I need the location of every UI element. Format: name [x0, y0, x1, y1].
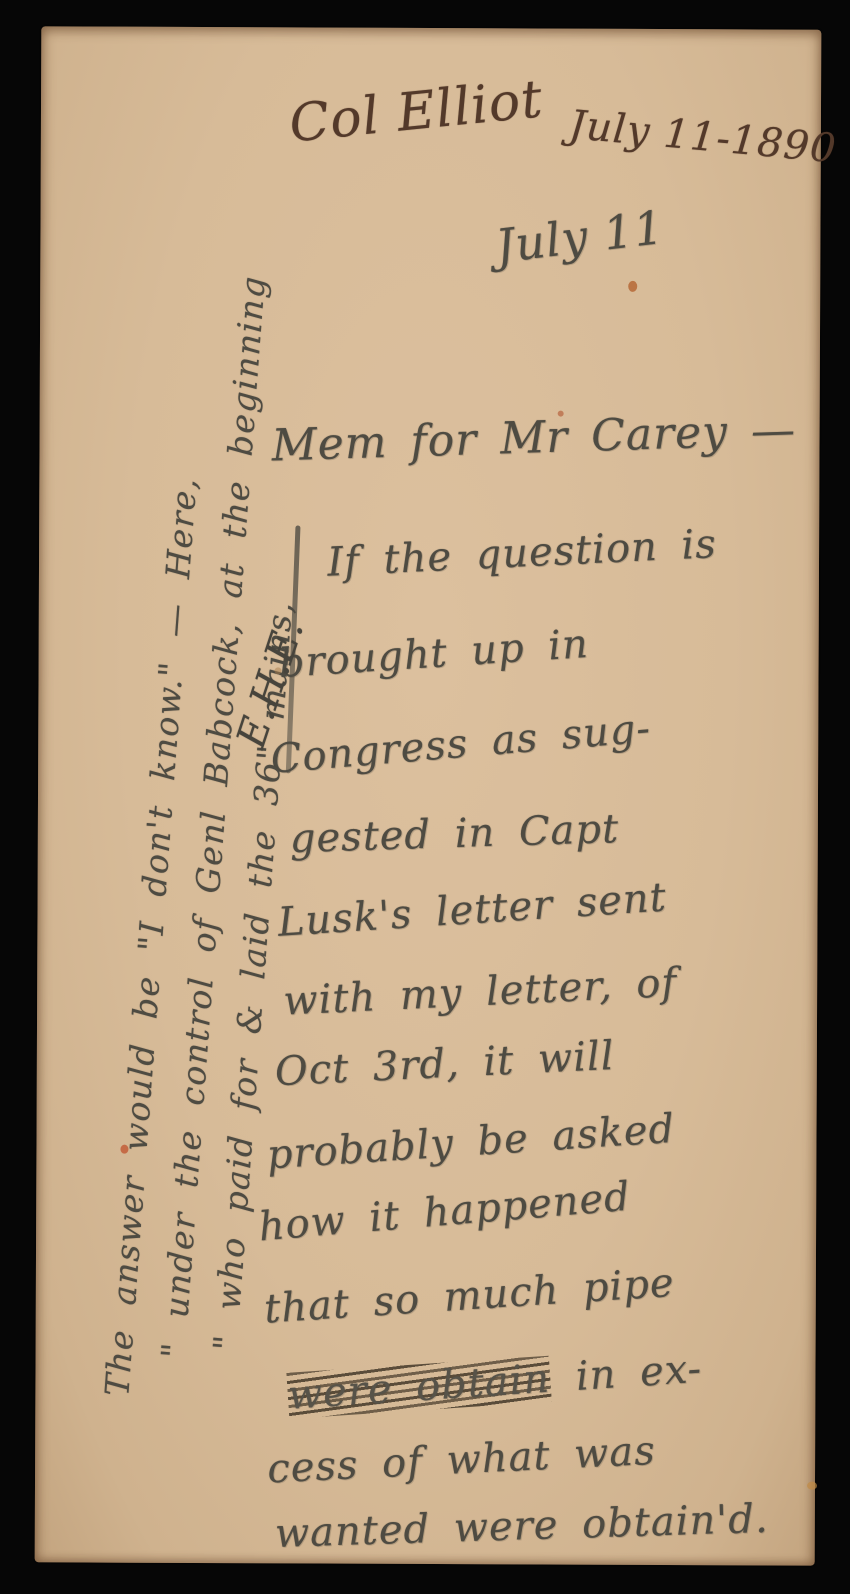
body-line: in ex-: [574, 1346, 703, 1400]
body-line: brought up in: [278, 624, 590, 684]
rust-stain: [807, 1482, 817, 1490]
rust-stain: [558, 411, 564, 417]
body-line: probably be asked: [266, 1109, 677, 1176]
body-line: wanted were obtain'd.: [274, 1499, 769, 1554]
rust-stain: [628, 281, 637, 292]
body-line: Congress as sug-: [269, 708, 652, 779]
body-line: that so much pipe: [263, 1263, 676, 1330]
letter-paper: Col Elliot July 11-1890 July 11 Mem for …: [35, 26, 822, 1565]
body-line: how it happened: [257, 1177, 632, 1248]
salutation-line: Mem for Mr Carey —: [271, 408, 797, 468]
body-line: cess of what was: [266, 1431, 656, 1490]
date-ink: July 11-1890: [568, 105, 839, 169]
rust-stain: [275, 667, 282, 674]
body-line: Lusk's letter sent: [277, 878, 668, 943]
struck-out-words: were obtain: [286, 1356, 551, 1419]
body-line: gested in Capt: [289, 809, 619, 859]
rust-stain: [120, 1145, 128, 1154]
date-pencil: July 11: [493, 204, 666, 270]
body-line-with-strikethrough: were obtainin ex-: [287, 1349, 704, 1416]
body-line: with my letter, of: [282, 963, 678, 1022]
addressee-line: Col Elliot: [287, 73, 545, 150]
body-line: Oct 3rd, it will: [274, 1036, 615, 1092]
body-line: If the question is: [326, 524, 717, 583]
